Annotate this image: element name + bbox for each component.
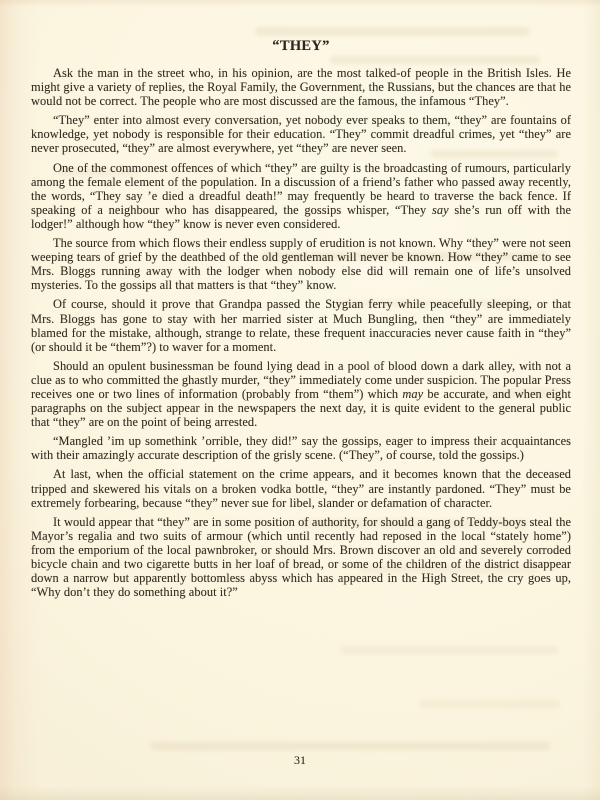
paragraph-text: It would appear that “they” are in some …	[31, 515, 571, 599]
body-paragraph: It would appear that “they” are in some …	[31, 515, 571, 600]
body-paragraph: The source from which flows their endles…	[31, 236, 571, 292]
body-paragraph: “Mangled ’im up somethink ’orrible, they…	[31, 434, 571, 462]
bleed-through-smudge	[420, 700, 560, 708]
bleed-through-smudge	[150, 742, 550, 750]
paragraph-text: “They” enter into almost every conversat…	[31, 113, 571, 155]
body-paragraph: Of course, should it prove that Grandpa …	[31, 297, 571, 353]
page-title: “THEY”	[31, 38, 571, 55]
paragraph-text-italic: may	[402, 387, 423, 401]
text-block: “THEY” Ask the man in the street who, in…	[31, 38, 571, 604]
body-paragraph: At last, when the official statement on …	[31, 467, 571, 509]
bleed-through-smudge	[340, 646, 558, 654]
paragraph-text: At last, when the official statement on …	[31, 467, 571, 509]
paragraph-text: The source from which flows their endles…	[31, 236, 571, 292]
body-paragraph: “They” enter into almost every conversat…	[31, 113, 571, 155]
paragraph-text-italic: say	[432, 203, 449, 217]
body-paragraph: Ask the man in the street who, in his op…	[31, 66, 571, 108]
body-paragraph: Should an opulent businessman be found l…	[31, 359, 571, 429]
page-number: 31	[0, 753, 600, 768]
scanned-page: “THEY” Ask the man in the street who, in…	[0, 0, 600, 800]
bleed-through-smudge	[255, 27, 530, 36]
paragraph-text: Ask the man in the street who, in his op…	[31, 66, 571, 108]
paragraph-text: “Mangled ’im up somethink ’orrible, they…	[31, 434, 571, 462]
paragraph-text: Of course, should it prove that Grandpa …	[31, 297, 571, 353]
body-paragraph: One of the commonest offences of which “…	[31, 161, 571, 231]
